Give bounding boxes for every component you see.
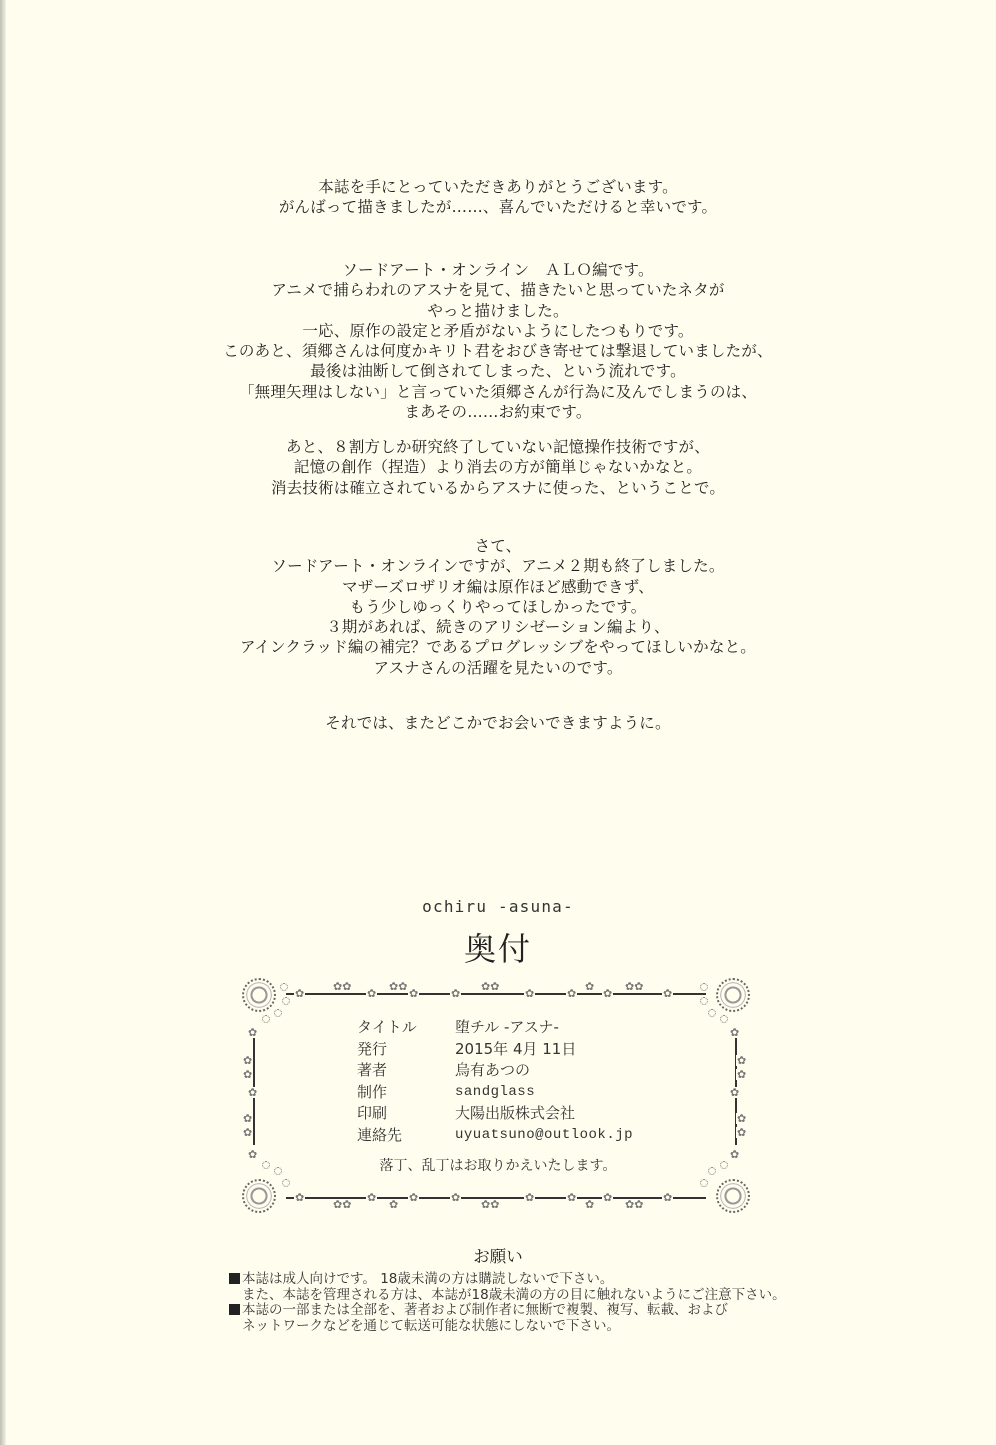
info-label: 発行 — [357, 1039, 455, 1061]
frame-flower-icon: ✿ — [294, 988, 305, 999]
afterword-line: がんばって描きましたが……、喜んでいただけると幸いです。 — [0, 197, 996, 217]
frame-flower-icon: ✿ — [729, 1027, 740, 1038]
afterword-line: マザーズロザリオ編は原作ほど感動できず、 — [0, 577, 996, 597]
frame-dot-icon — [274, 1009, 282, 1017]
frame-flower-icon: ✿ — [524, 988, 535, 999]
frame-flower-icon: ✿ — [662, 988, 673, 999]
replacement-notice: 落丁、乱丁はお取りかえいたします。 — [0, 1155, 996, 1175]
frame-dot-icon — [262, 1015, 270, 1023]
frame-dot-icon — [282, 997, 290, 1005]
request-text: 本誌の一部または全部を、著者および制作者に無断で複製、複写、転載、および — [242, 1302, 728, 1318]
frame-flower-icon: ✿✿ — [388, 981, 408, 992]
afterword-paragraph-2: ソードアート・オンライン ＡＬＯ編です。 アニメで捕らわれのアスナを見て、描きた… — [0, 260, 996, 422]
info-value: 大陽出版株式会社 — [455, 1103, 575, 1125]
frame-flower-icon: ✿ — [524, 1192, 535, 1203]
frame-dot-icon — [282, 1179, 290, 1187]
frame-flower-icon: ✿ — [247, 1087, 258, 1098]
square-bullet-icon — [229, 1273, 240, 1284]
colophon-info-table: タイトル 堕チル -アスナ- 発行 2015年 4月 11日 著者 烏有あつの … — [357, 1017, 633, 1146]
frame-flower-icon: ✿ — [294, 1192, 305, 1203]
info-value: sandglass — [455, 1082, 535, 1104]
frame-flower-icon: ✿ — [584, 1199, 595, 1210]
afterword-line: アニメで捕らわれのアスナを見て、描きたいと思っていたネタが — [0, 280, 996, 300]
afterword-line: 一応、原作の設定と矛盾がないようにしたつもりです。 — [0, 321, 996, 341]
frame-flower-icon: ✿ — [388, 1199, 399, 1210]
frame-flower-icon: ✿ — [602, 1192, 613, 1203]
afterword-line: このあと、須郷さんは何度かキリト君をおびき寄せては撃退していましたが、 — [0, 341, 996, 361]
frame-flower-icon: ✿✿ — [332, 981, 352, 992]
request-text: 本誌は成人向けです。 18歳未満の方は購読しないで下さい。 — [242, 1271, 613, 1287]
frame-flower-icon: ✿ — [450, 988, 461, 999]
corner-flower-icon — [716, 1179, 750, 1213]
request-text: また、本誌を管理される方は、本誌が18歳未満の方の目に触れないようにご注意下さい… — [229, 1288, 786, 1304]
afterword-line: まあその……お約束です。 — [0, 402, 996, 422]
frame-flower-icon: ✿ — [602, 988, 613, 999]
afterword-paragraph-5: それでは、またどこかでお会いできますように。 — [0, 713, 996, 733]
frame-flower-icon: ✿✿ — [624, 981, 644, 992]
frame-flower-icon: ✿ — [408, 988, 419, 999]
frame-flower-icon: ✿✿ — [332, 1199, 352, 1210]
frame-flower-icon: ✿ — [566, 988, 577, 999]
afterword-paragraph-4: さて、 ソードアート・オンラインですが、アニメ２期も終了しました。 マザーズロザ… — [0, 536, 996, 678]
frame-flower-icon: ✿ — [247, 1027, 258, 1038]
info-label: タイトル — [357, 1017, 455, 1039]
afterword-line: あと、８割方しか研究終了していない記憶操作技術ですが、 — [0, 437, 996, 457]
frame-flower-icon: ✿ — [242, 1055, 253, 1066]
contact-email: uyuatsuno@outlook.jp — [455, 1125, 633, 1147]
frame-flower-icon: ✿ — [736, 1069, 747, 1080]
square-bullet-icon — [229, 1304, 240, 1315]
afterword-line: 記憶の創作（捏造）より消去の方が簡単じゃないかなと。 — [0, 457, 996, 477]
info-row-printer: 印刷 大陽出版株式会社 — [357, 1103, 633, 1125]
colophon-title: 奥付 — [0, 924, 996, 970]
request-item-adult-only: 本誌は成人向けです。 18歳未満の方は購読しないで下さい。 また、本誌を管理され… — [229, 1272, 786, 1303]
info-label: 連絡先 — [357, 1125, 455, 1147]
frame-flower-icon: ✿ — [584, 981, 595, 992]
frame-dot-icon — [700, 997, 708, 1005]
info-row-author: 著者 烏有あつの — [357, 1060, 633, 1082]
frame-flower-icon: ✿ — [450, 1192, 461, 1203]
afterword-line: ３期があれば、続きのアリシゼーション編より、 — [0, 617, 996, 637]
frame-flower-icon: ✿ — [242, 1113, 253, 1124]
frame-dot-icon — [700, 1179, 708, 1187]
afterword-paragraph-3: あと、８割方しか研究終了していない記憶操作技術ですが、 記憶の創作（捏造）より消… — [0, 437, 996, 498]
frame-flower-icon: ✿ — [736, 1127, 747, 1138]
afterword-line: 最後は油断して倒されてしまった、という流れです。 — [0, 361, 996, 381]
request-item-no-reproduction: 本誌の一部または全部を、著者および制作者に無断で複製、複写、転載、および ネット… — [229, 1303, 786, 1334]
info-label: 制作 — [357, 1082, 455, 1104]
afterword-line: 消去技術は確立されているからアスナに使った、ということで。 — [0, 478, 996, 498]
info-label: 印刷 — [357, 1103, 455, 1125]
frame-top-line — [286, 993, 706, 995]
afterword-line: アインクラッド編の補完？であるプログレッシブをやってほしいかなと。 — [0, 637, 996, 657]
frame-flower-icon: ✿✿ — [624, 1199, 644, 1210]
frame-dot-icon — [708, 1009, 716, 1017]
frame-flower-icon: ✿✿ — [480, 1199, 500, 1210]
info-value: 2015年 4月 11日 — [455, 1039, 576, 1061]
info-label: 著者 — [357, 1060, 455, 1082]
info-row-contact: 連絡先 uyuatsuno@outlook.jp — [357, 1125, 633, 1147]
frame-dot-icon — [720, 1015, 728, 1023]
frame-dot-icon — [700, 983, 708, 991]
corner-flower-icon — [716, 978, 750, 1012]
frame-flower-icon: ✿ — [736, 1055, 747, 1066]
frame-flower-icon: ✿✿ — [480, 981, 500, 992]
frame-flower-icon: ✿ — [566, 1192, 577, 1203]
info-value: 烏有あつの — [455, 1060, 530, 1082]
request-title: お願い — [0, 1243, 996, 1267]
frame-flower-icon: ✿ — [729, 1087, 740, 1098]
frame-flower-icon: ✿ — [366, 988, 377, 999]
afterword-line: ソードアート・オンライン ＡＬＯ編です。 — [0, 260, 996, 280]
afterword-line: ソードアート・オンラインですが、アニメ２期も終了しました。 — [0, 556, 996, 576]
corner-flower-icon — [242, 1179, 276, 1213]
afterword-line: 「無理矢理はしない」と言っていた須郷さんが行為に及んでしまうのは、 — [0, 382, 996, 402]
request-text: ネットワークなどを通じて転送可能な状態にしないで下さい。 — [229, 1319, 786, 1335]
frame-flower-icon: ✿ — [408, 1192, 419, 1203]
afterword-line: さて、 — [0, 536, 996, 556]
frame-flower-icon: ✿ — [242, 1069, 253, 1080]
afterword-line: やっと描けました。 — [0, 301, 996, 321]
frame-flower-icon: ✿ — [366, 1192, 377, 1203]
afterword-line: もう少しゆっくりやってほしかったです。 — [0, 597, 996, 617]
frame-flower-icon: ✿ — [736, 1113, 747, 1124]
frame-dot-icon — [280, 983, 288, 991]
info-row-publish-date: 発行 2015年 4月 11日 — [357, 1039, 633, 1061]
corner-flower-icon — [242, 978, 276, 1012]
afterword-paragraph-1: 本誌を手にとっていただきありがとうございます。 がんばって描きましたが……、喜ん… — [0, 177, 996, 218]
request-list: 本誌は成人向けです。 18歳未満の方は購読しないで下さい。 また、本誌を管理され… — [229, 1272, 786, 1334]
afterword-line: 本誌を手にとっていただきありがとうございます。 — [0, 177, 996, 197]
afterword-line: アスナさんの活躍を見たいのです。 — [0, 658, 996, 678]
info-value: 堕チル -アスナ- — [455, 1017, 559, 1039]
frame-flower-icon: ✿ — [242, 1127, 253, 1138]
colophon-subtitle: ochiru -asuna- — [0, 897, 996, 916]
info-row-title: タイトル 堕チル -アスナ- — [357, 1017, 633, 1039]
afterword-line: それでは、またどこかでお会いできますように。 — [0, 713, 996, 733]
frame-flower-icon: ✿ — [662, 1192, 673, 1203]
info-row-production: 制作 sandglass — [357, 1082, 633, 1104]
